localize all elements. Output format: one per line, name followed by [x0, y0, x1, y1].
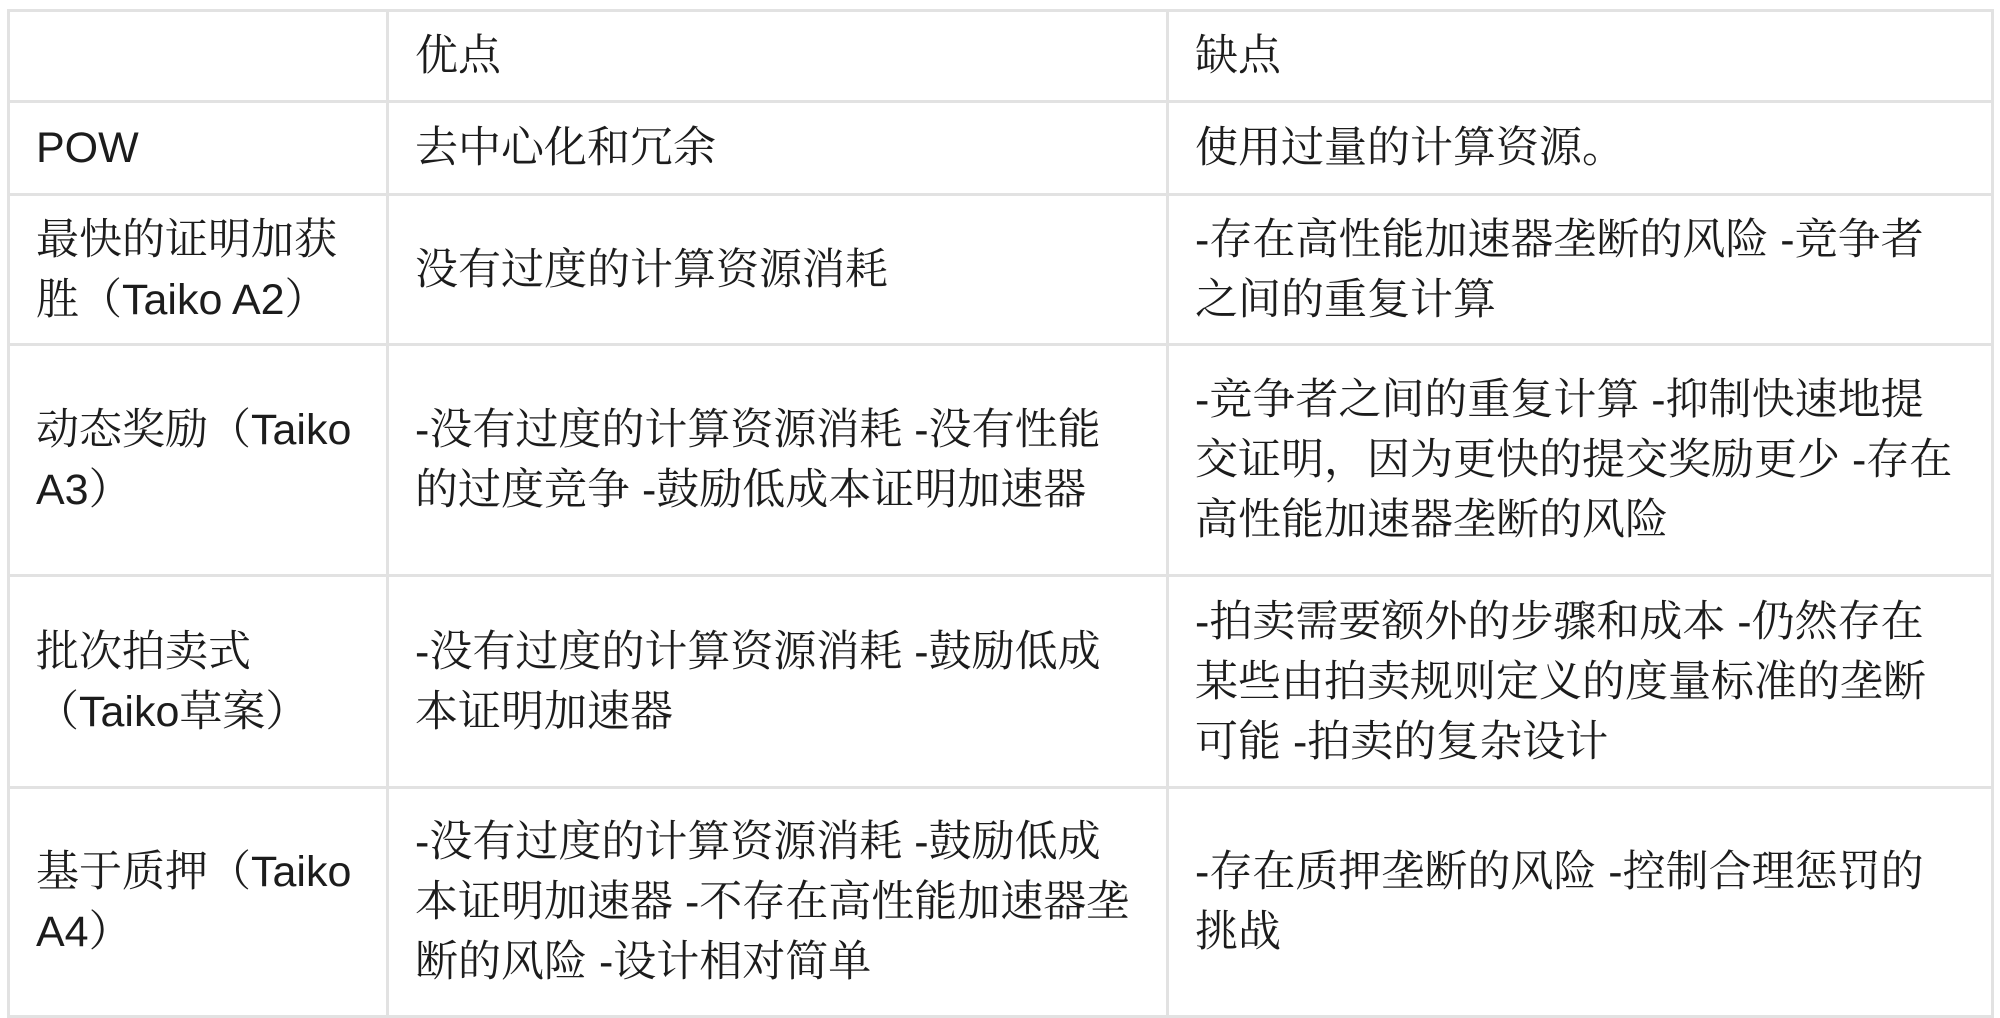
cons-cell: -竞争者之间的重复计算 -抑制快速地提交证明，因为更快的提交奖励更少 -存在高性… — [1168, 345, 1993, 576]
table-row: 最快的证明加获胜（Taiko A2） 没有过度的计算资源消耗 -存在高性能加速器… — [9, 195, 1993, 345]
cons-cell: -存在质押垄断的风险 -控制合理惩罚的挑战 — [1168, 788, 1993, 1017]
pros-cell: -没有过度的计算资源消耗 -没有性能的过度竞争 -鼓励低成本证明加速器 — [388, 345, 1168, 576]
header-cell-pros: 优点 — [388, 11, 1168, 102]
table-header-row: 优点 缺点 — [9, 11, 1993, 102]
cons-cell: -拍卖需要额外的步骤和成本 -仍然存在某些由拍卖规则定义的度量标准的垄断可能 -… — [1168, 576, 1993, 788]
comparison-table-container: 优点 缺点 POW 去中心化和冗余 使用过量的计算资源。 最快的证明加获胜（Ta… — [7, 9, 1991, 1018]
table-row: POW 去中心化和冗余 使用过量的计算资源。 — [9, 102, 1993, 195]
cons-cell: 使用过量的计算资源。 — [1168, 102, 1993, 195]
table-row: 批次拍卖式（Taiko草案） -没有过度的计算资源消耗 -鼓励低成本证明加速器 … — [9, 576, 1993, 788]
pros-cell: -没有过度的计算资源消耗 -鼓励低成本证明加速器 — [388, 576, 1168, 788]
header-cell-cons: 缺点 — [1168, 11, 1993, 102]
table-row: 基于质押（Taiko A4） -没有过度的计算资源消耗 -鼓励低成本证明加速器 … — [9, 788, 1993, 1017]
row-header-cell: 最快的证明加获胜（Taiko A2） — [9, 195, 388, 345]
cons-cell: -存在高性能加速器垄断的风险 -竞争者之间的重复计算 — [1168, 195, 1993, 345]
row-header-cell: 批次拍卖式（Taiko草案） — [9, 576, 388, 788]
pros-cell: -没有过度的计算资源消耗 -鼓励低成本证明加速器 -不存在高性能加速器垄断的风险… — [388, 788, 1168, 1017]
row-header-cell: POW — [9, 102, 388, 195]
header-cell-empty — [9, 11, 388, 102]
pros-cons-comparison-table: 优点 缺点 POW 去中心化和冗余 使用过量的计算资源。 最快的证明加获胜（Ta… — [7, 9, 1994, 1018]
row-header-cell: 动态奖励（Taiko A3） — [9, 345, 388, 576]
pros-cell: 没有过度的计算资源消耗 — [388, 195, 1168, 345]
table-row: 动态奖励（Taiko A3） -没有过度的计算资源消耗 -没有性能的过度竞争 -… — [9, 345, 1993, 576]
pros-cell: 去中心化和冗余 — [388, 102, 1168, 195]
row-header-cell: 基于质押（Taiko A4） — [9, 788, 388, 1017]
